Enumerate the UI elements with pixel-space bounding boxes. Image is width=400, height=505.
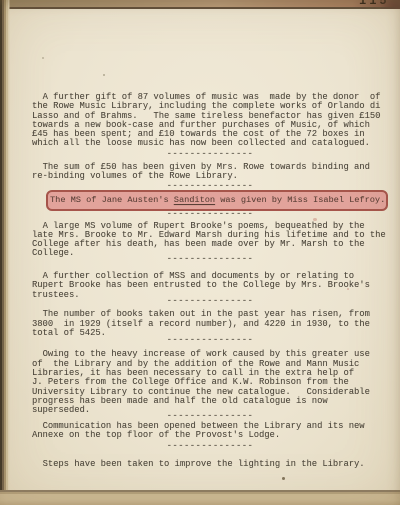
paragraph-music-gift: A further gift of 87 volumes of music wa…: [32, 93, 388, 149]
highlight-text-before: The MS of Jane Austen's: [50, 195, 174, 205]
typed-separator: ---------------: [32, 150, 388, 159]
typed-separator: ---------------: [32, 442, 388, 451]
paragraph-catalogue-help: Owing to the heavy increase of work caus…: [32, 350, 388, 415]
highlight-text-after: was given by Miss Isabel Lefroy.: [215, 195, 385, 205]
paragraph-annexe: Communication has been opened between th…: [32, 422, 388, 441]
scanned-page: 115 A further gift of 87 volumes of musi…: [0, 0, 400, 505]
page-corner-shadow: [380, 0, 400, 9]
paragraph-rowe-binding: The sum of £50 has been given by Mrs. Ro…: [32, 163, 388, 182]
document-body: A further gift of 87 volumes of music wa…: [32, 93, 388, 469]
typed-separator: ---------------: [32, 210, 388, 219]
ink-speck: [313, 218, 317, 221]
paragraph-books-taken-out: The number of books taken out in the pas…: [32, 310, 388, 338]
book-edge-bottom: [0, 490, 400, 505]
paragraph-lighting: Steps have been taken to improve the lig…: [32, 460, 388, 469]
highlight-box-sanditon: The MS of Jane Austen's Sanditon was giv…: [46, 190, 388, 211]
ink-speck: [103, 74, 105, 76]
ink-speck: [42, 57, 44, 59]
book-edge-left: [0, 0, 10, 505]
ink-speck: [282, 477, 285, 480]
typed-separator: ---------------: [32, 297, 388, 306]
ink-speck: [347, 288, 349, 290]
typed-separator: ---------------: [32, 255, 388, 264]
highlight-text-underlined: Sanditon: [174, 195, 215, 205]
book-edge-top: [0, 0, 400, 9]
